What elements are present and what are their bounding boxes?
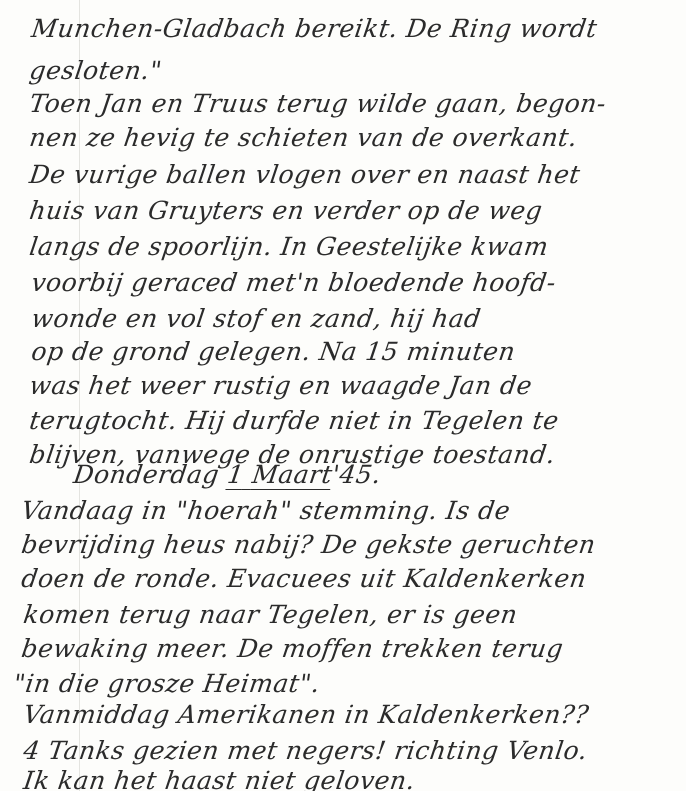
text-line: bewaking meer. De moffen trekken terug — [20, 636, 565, 661]
text-line: komen terug naar Tegelen, er is geen — [22, 602, 519, 627]
text-line: op de grond gelegen. Na 15 minuten — [30, 339, 517, 364]
text-line: bevrijding heus nabij? De gekste gerucht… — [20, 532, 597, 557]
text-line: Vanmiddag Amerikanen in Kaldenkerken?? — [22, 702, 591, 727]
date-year: '45. — [330, 460, 383, 489]
text-line: voorbij geraced met'n bloedende hoofd- — [30, 270, 558, 295]
text-line: Toen Jan en Truus terug wilde gaan, bego… — [28, 91, 608, 116]
text-line: terugtocht. Hij durfde niet in Tegelen t… — [28, 408, 561, 433]
date-day-month: 1 Maart — [226, 460, 335, 489]
text-line: huis van Gruyters en verder op de weg — [28, 198, 544, 223]
text-line: doen de ronde. Evacuees uit Kaldenkerken — [20, 566, 588, 591]
text-line: gesloten." — [28, 58, 164, 83]
text-line: Ik kan het haast niet geloven. — [22, 768, 417, 791]
text-line: was het weer rustig en waagde Jan de — [28, 373, 534, 398]
text-line: "in die grosze Heimat". — [12, 671, 322, 696]
text-line: Vandaag in "hoerah" stemming. Is de — [20, 498, 512, 523]
text-line: 4 Tanks gezien met negers! richting Venl… — [22, 738, 589, 763]
date-weekday: Donderdag — [72, 460, 221, 489]
date-heading: Donderdag 1 Maart'45. — [72, 462, 383, 487]
text-line: langs de spoorlijn. In Geestelijke kwam — [28, 234, 550, 259]
text-line: De vurige ballen vlogen over en naast he… — [28, 162, 582, 187]
diary-page: Munchen-Gladbach bereikt. De Ring wordt … — [0, 0, 686, 791]
text-line: Munchen-Gladbach bereikt. De Ring wordt — [30, 16, 599, 41]
text-line: nen ze hevig te schieten van de overkant… — [28, 125, 579, 150]
text-line: wonde en vol stof en zand, hij had — [30, 306, 483, 331]
